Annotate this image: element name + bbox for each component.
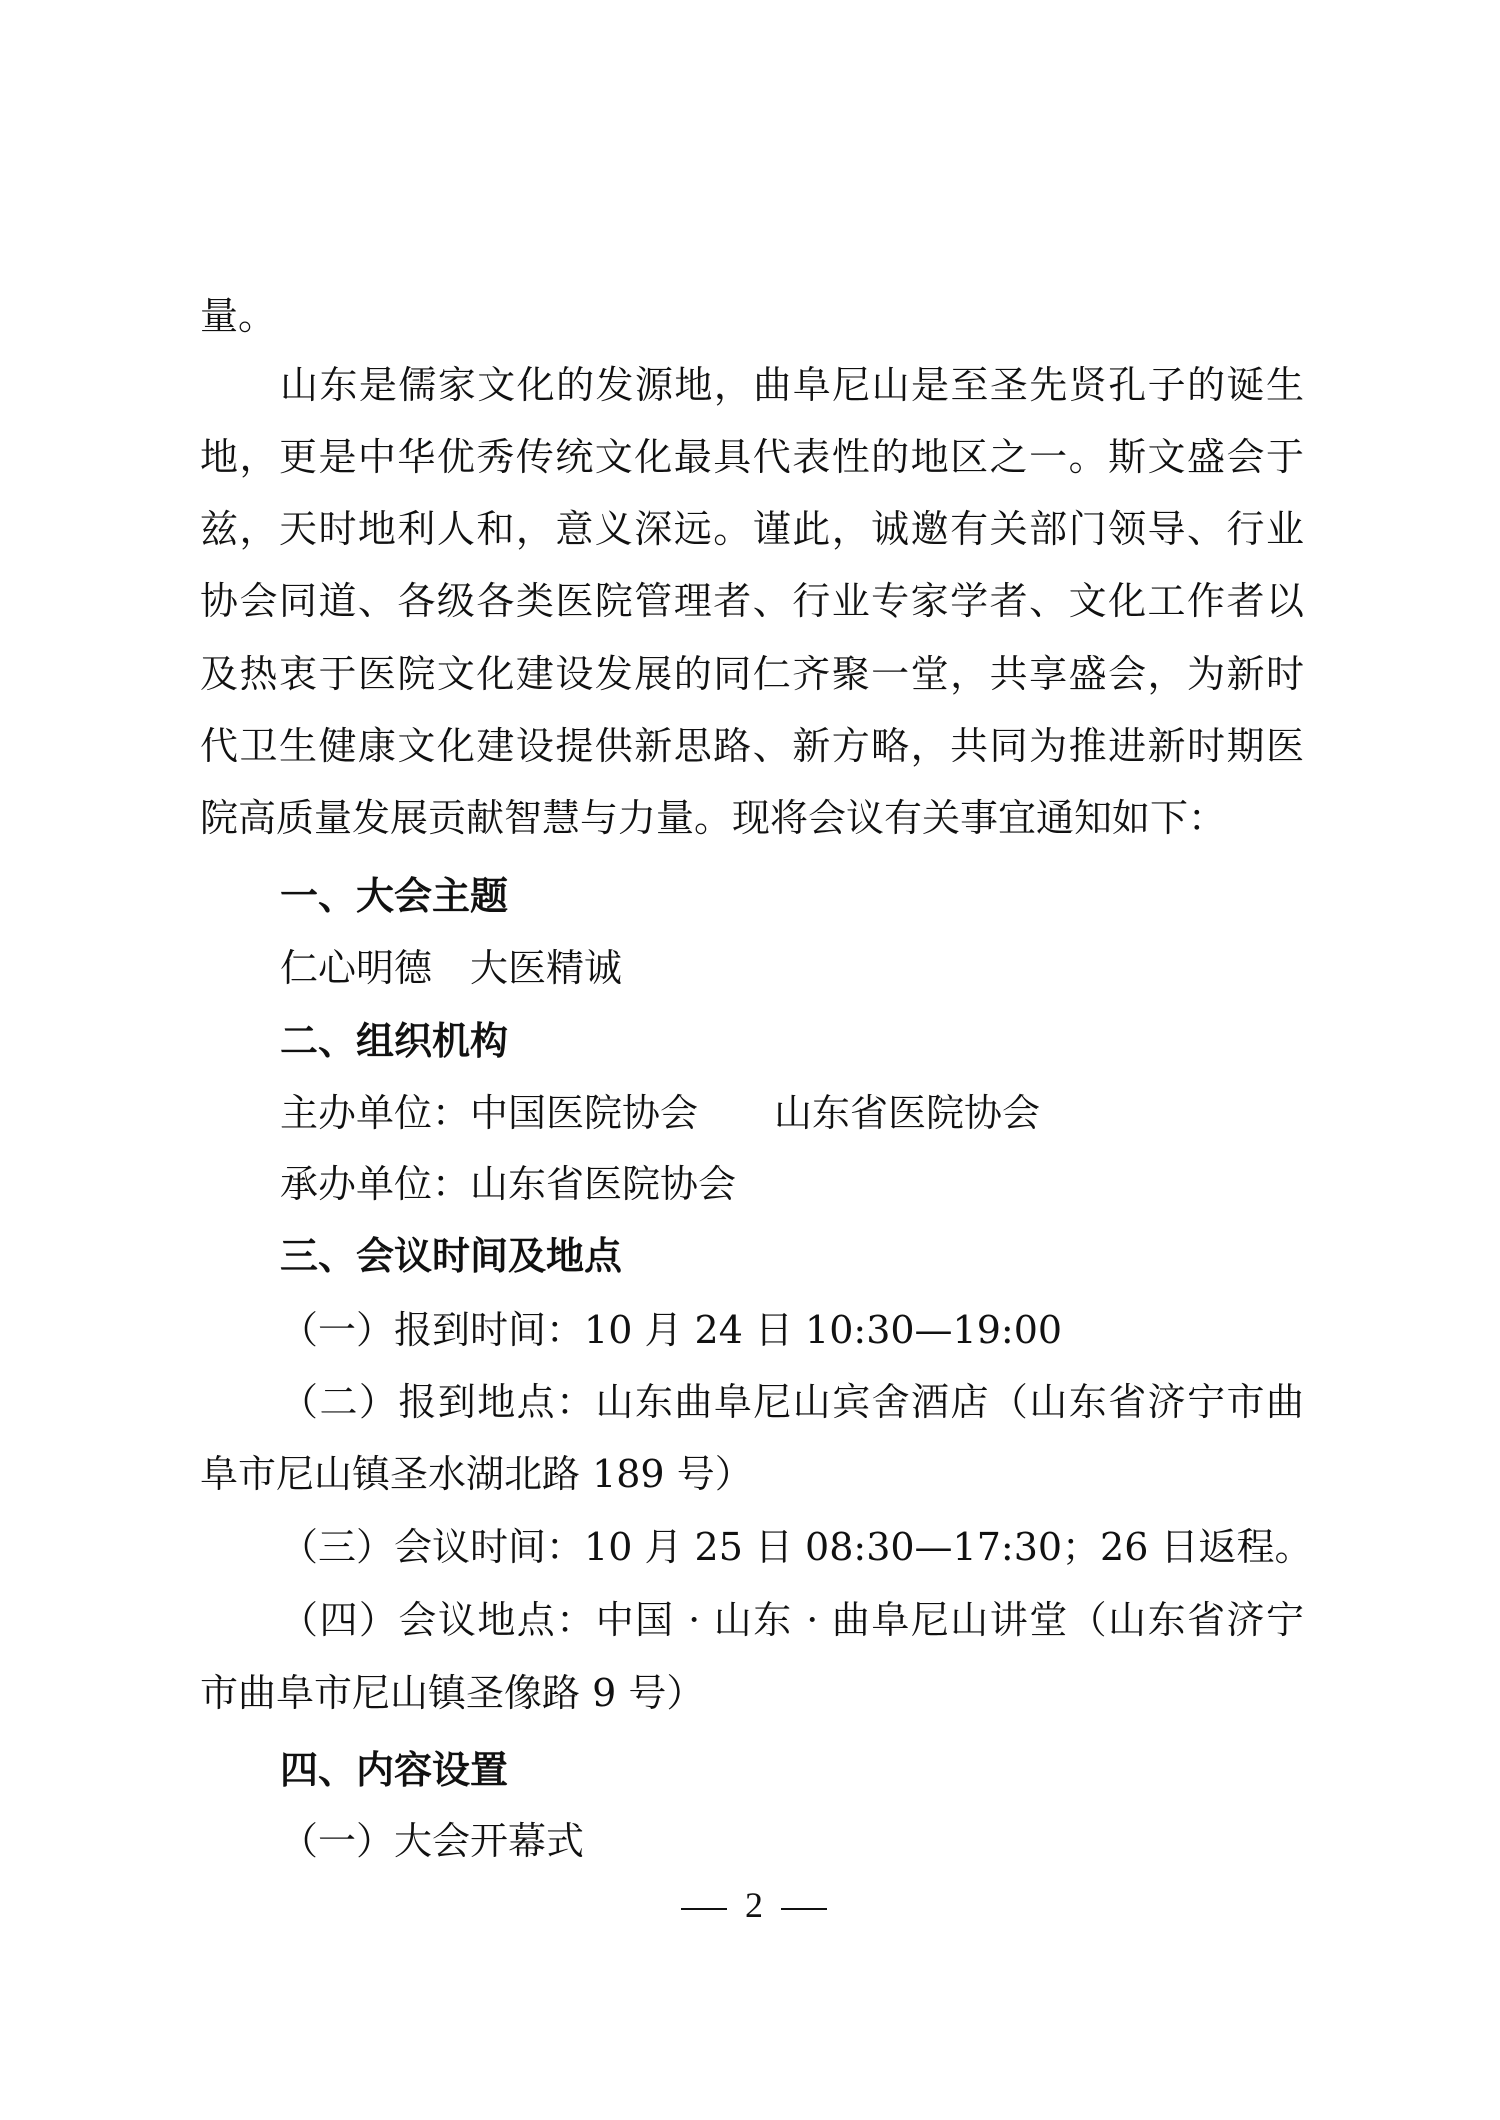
section-heading-theme: 一、大会主题 — [280, 860, 508, 932]
opening-ceremony-item: （一）大会开幕式 — [280, 1805, 1304, 1877]
registration-time-value: 10 月 24 日 10:30—19:00 — [584, 1308, 1062, 1352]
registration-place-label: （二）报到地点： — [280, 1380, 596, 1424]
page-number: 2 — [0, 1881, 1500, 1929]
registration-place-continued: 阜市尼山镇圣水湖北路 189 号） — [200, 1438, 1304, 1510]
paragraph-line: 山东是儒家文化的发源地，曲阜尼山是至圣先贤孔子的诞生 — [280, 349, 1304, 421]
organizer-units: 承办单位：山东省医院协会 — [280, 1148, 1304, 1220]
document-page: 量。 山东是儒家文化的发源地，曲阜尼山是至圣先贤孔子的诞生 地，更是中华优秀传统… — [0, 0, 1500, 2120]
registration-place: （二）报到地点：山东曲阜尼山宾舍酒店（山东省济宁市曲 — [280, 1366, 1304, 1438]
host-units: 主办单位：中国医院协会 山东省医院协会 — [280, 1077, 1304, 1149]
organizer-value: 山东省医院协会 — [470, 1162, 736, 1206]
paragraph-line: 协会同道、各级各类医院管理者、行业专家学者、文化工作者以 — [200, 565, 1304, 637]
paragraph-line: 代卫生健康文化建设提供新思路、新方略，共同为推进新时期医 — [200, 710, 1304, 782]
paragraph-line: 及热衷于医院文化建设发展的同仁齐聚一堂，共享盛会，为新时 — [200, 638, 1304, 710]
meeting-place-continued: 市曲阜市尼山镇圣像路 9 号） — [200, 1657, 1304, 1729]
meeting-time-label: （三）会议时间： — [280, 1525, 584, 1569]
section-heading-content: 四、内容设置 — [280, 1734, 508, 1806]
meeting-time: （三）会议时间：10 月 25 日 08:30—17:30；26 日返程。 — [280, 1511, 1304, 1583]
registration-time: （一）报到时间：10 月 24 日 10:30—19:00 — [280, 1294, 1304, 1366]
registration-time-label: （一）报到时间： — [280, 1308, 584, 1352]
conference-theme: 仁心明德 大医精诚 — [280, 932, 1304, 1004]
registration-place-value: 山东曲阜尼山宾舍酒店（山东省济宁市曲 — [596, 1380, 1304, 1424]
section-heading-time-place: 三、会议时间及地点 — [280, 1220, 622, 1292]
meeting-place-label: （四）会议地点： — [280, 1598, 596, 1642]
paragraph-line: 地，更是中华优秀传统文化最具代表性的地区之一。斯文盛会于 — [200, 421, 1304, 493]
paragraph-line: 量。 — [200, 280, 1304, 352]
host-label: 主办单位： — [280, 1091, 470, 1135]
meeting-place-value: 中国 · 山东 · 曲阜尼山讲堂（山东省济宁 — [596, 1598, 1304, 1642]
page-dash-left — [681, 1908, 727, 1910]
page-number-value: 2 — [745, 1885, 763, 1925]
paragraph-line: 院高质量发展贡献智慧与力量。现将会议有关事宜通知如下： — [200, 782, 1304, 854]
section-heading-organization: 二、组织机构 — [280, 1005, 508, 1077]
meeting-time-value: 10 月 25 日 08:30—17:30；26 日返程。 — [584, 1525, 1312, 1569]
organizer-label: 承办单位： — [280, 1162, 470, 1206]
page-dash-right — [781, 1908, 827, 1910]
meeting-place: （四）会议地点：中国 · 山东 · 曲阜尼山讲堂（山东省济宁 — [280, 1584, 1304, 1656]
paragraph-line: 兹，天时地利人和，意义深远。谨此，诚邀有关部门领导、行业 — [200, 493, 1304, 565]
host-value: 中国医院协会 山东省医院协会 — [470, 1091, 1040, 1135]
